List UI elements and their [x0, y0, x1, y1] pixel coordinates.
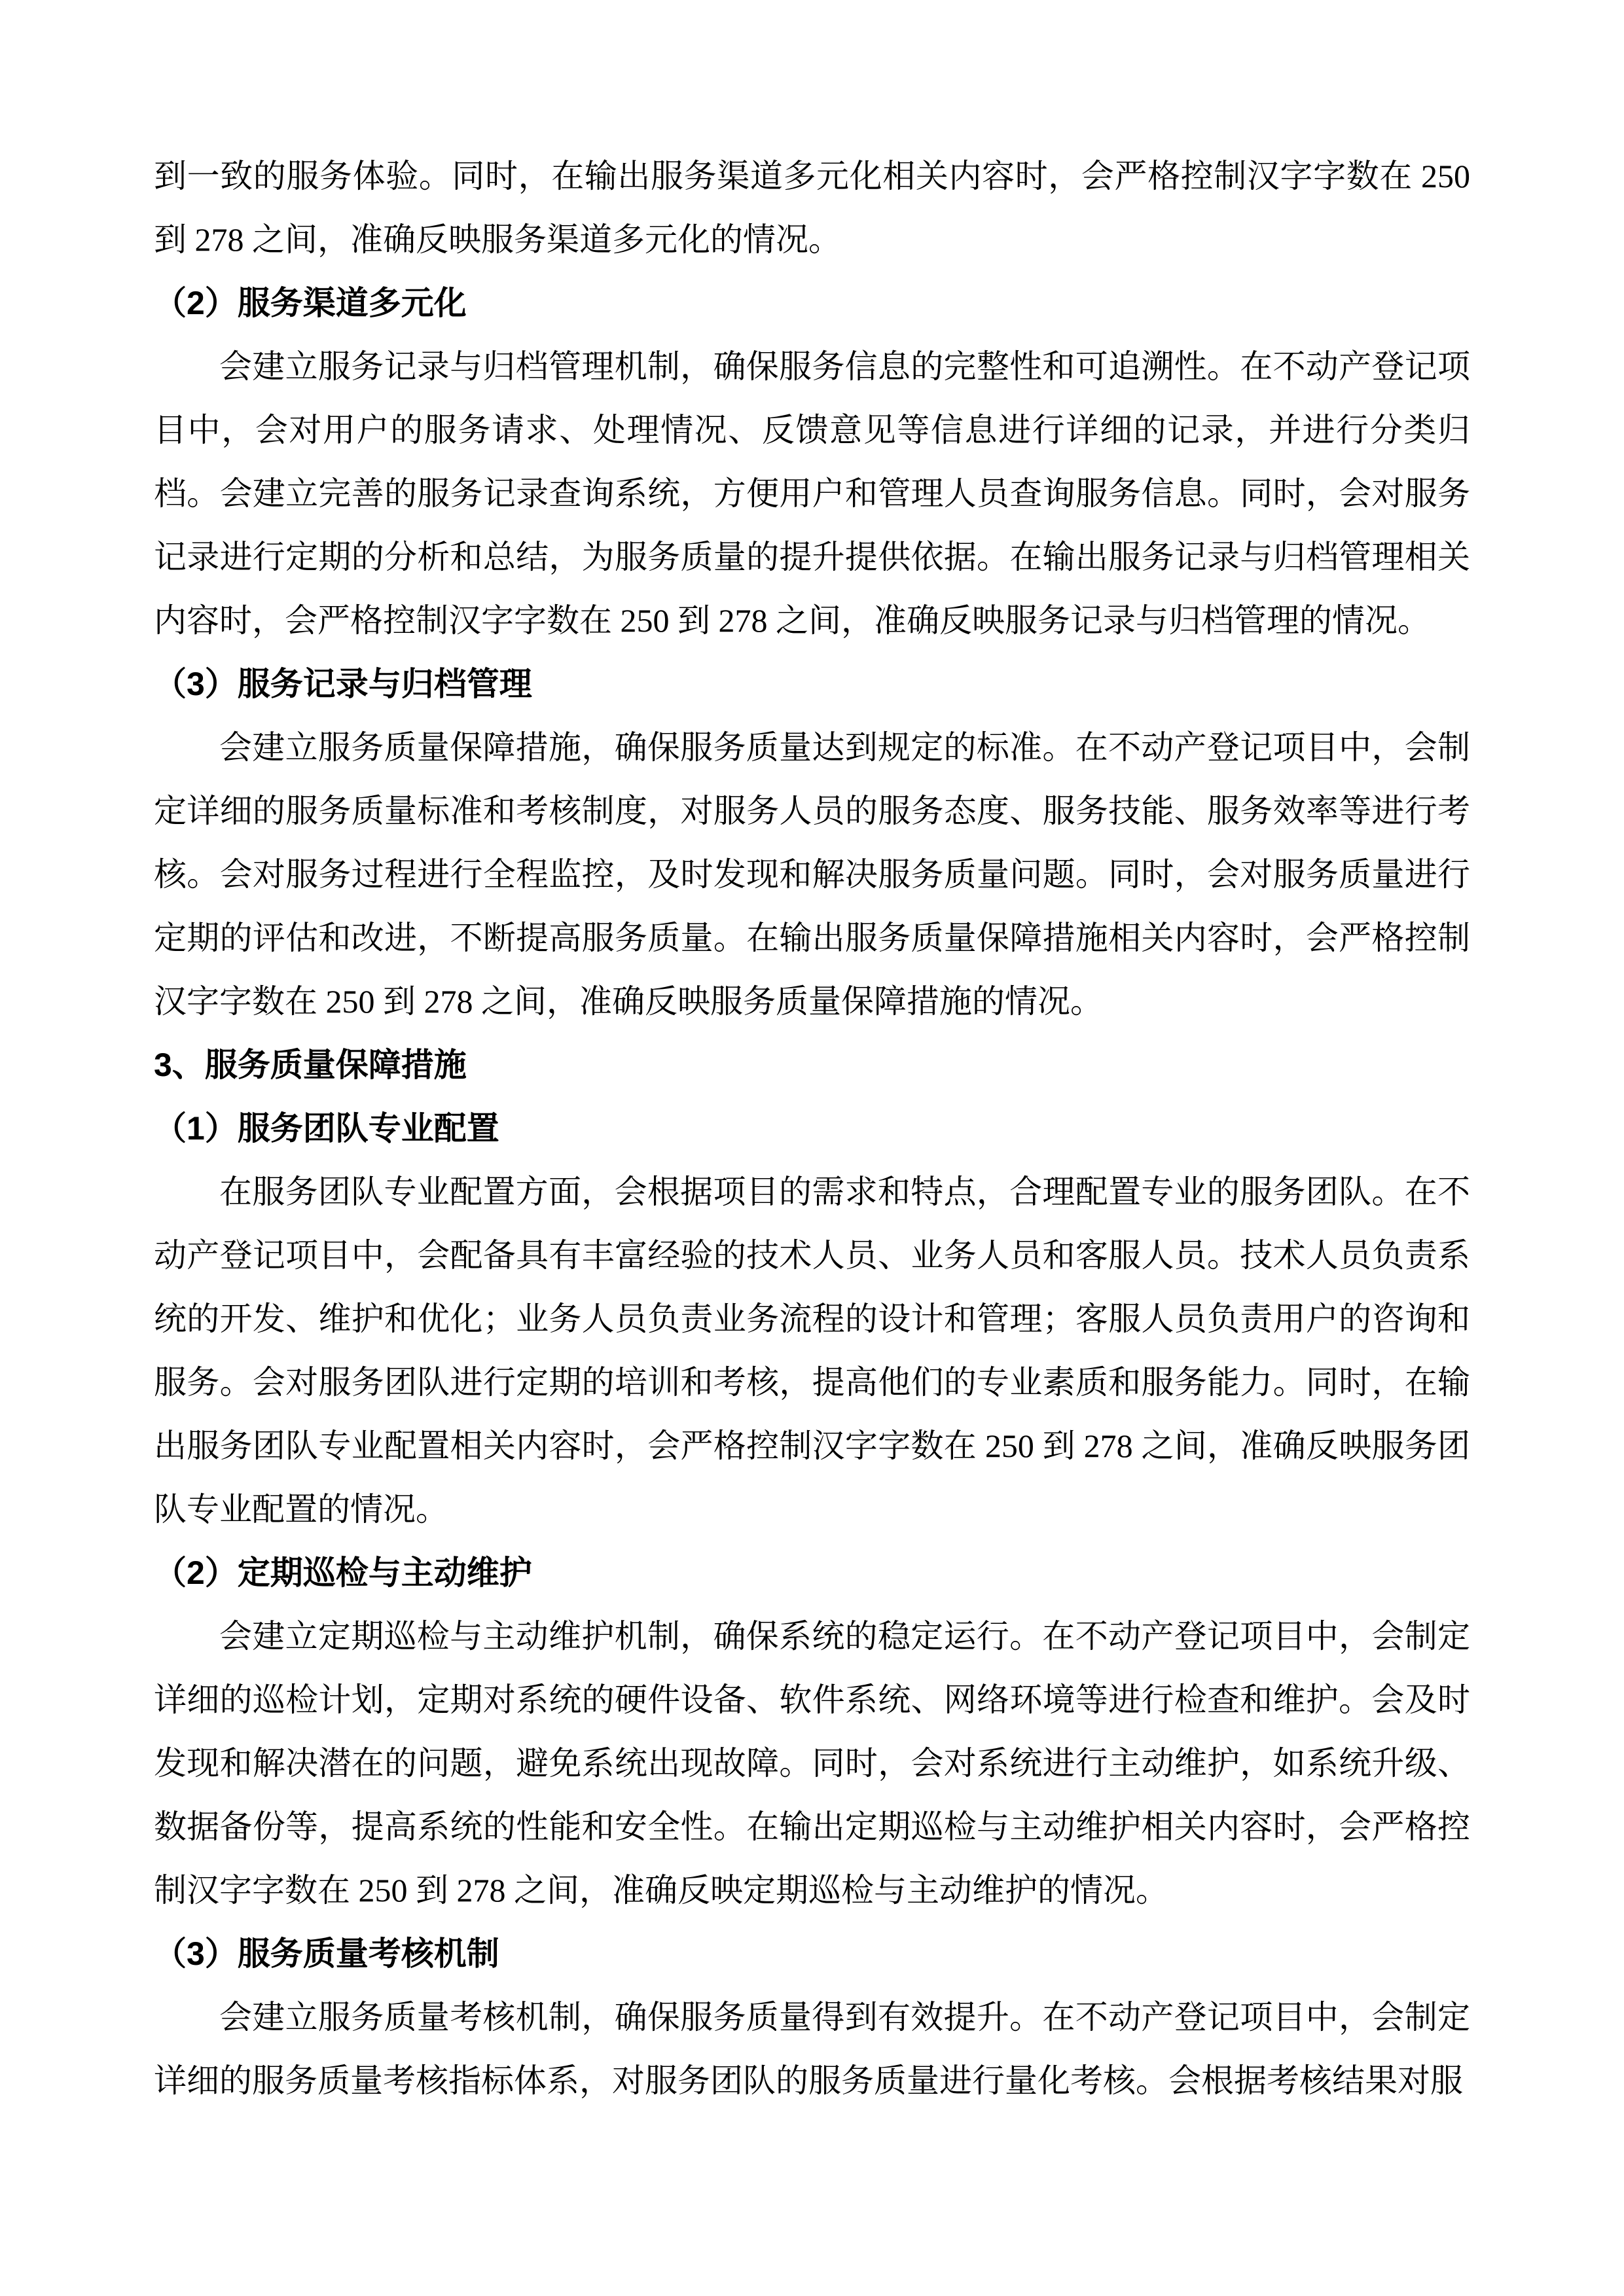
section-heading-3-record-archive-management: （3）服务记录与归档管理 — [154, 653, 1470, 716]
body-paragraph-quality-appraisal: 会建立服务质量考核机制，确保服务质量得到有效提升。在不动产登记项目中，会制定详细… — [154, 1986, 1470, 2113]
body-paragraph-service-records: 会建立服务记录与归档管理机制，确保服务信息的完整性和可追溯性。在不动产登记项目中… — [154, 335, 1470, 653]
body-paragraph-quality-assurance: 会建立服务质量保障措施，确保服务质量达到规定的标准。在不动产登记项目中，会制定详… — [154, 716, 1470, 1033]
section-heading-2-inspection-maintenance: （2）定期巡检与主动维护 — [154, 1541, 1470, 1605]
section-heading-1-team-configuration: （1）服务团队专业配置 — [154, 1097, 1470, 1160]
document-page: 到一致的服务体验。同时，在输出服务渠道多元化相关内容时，会严格控制汉字字数在 2… — [0, 0, 1624, 2296]
document-body: 到一致的服务体验。同时，在输出服务渠道多元化相关内容时，会严格控制汉字字数在 2… — [154, 145, 1470, 2113]
body-paragraph-inspection-maintenance: 会建立定期巡检与主动维护机制，确保系统的稳定运行。在不动产登记项目中，会制定详细… — [154, 1605, 1470, 1922]
section-heading-2-service-channels: （2）服务渠道多元化 — [154, 272, 1470, 335]
section-heading-3-quality-appraisal: （3）服务质量考核机制 — [154, 1922, 1470, 1986]
body-paragraph-team-configuration: 在服务团队专业配置方面，会根据项目的需求和特点，合理配置专业的服务团队。在不动产… — [154, 1160, 1470, 1541]
continued-paragraph: 到一致的服务体验。同时，在输出服务渠道多元化相关内容时，会严格控制汉字字数在 2… — [154, 145, 1470, 272]
chapter-heading-3-quality-assurance-measures: 3、服务质量保障措施 — [154, 1033, 1470, 1097]
